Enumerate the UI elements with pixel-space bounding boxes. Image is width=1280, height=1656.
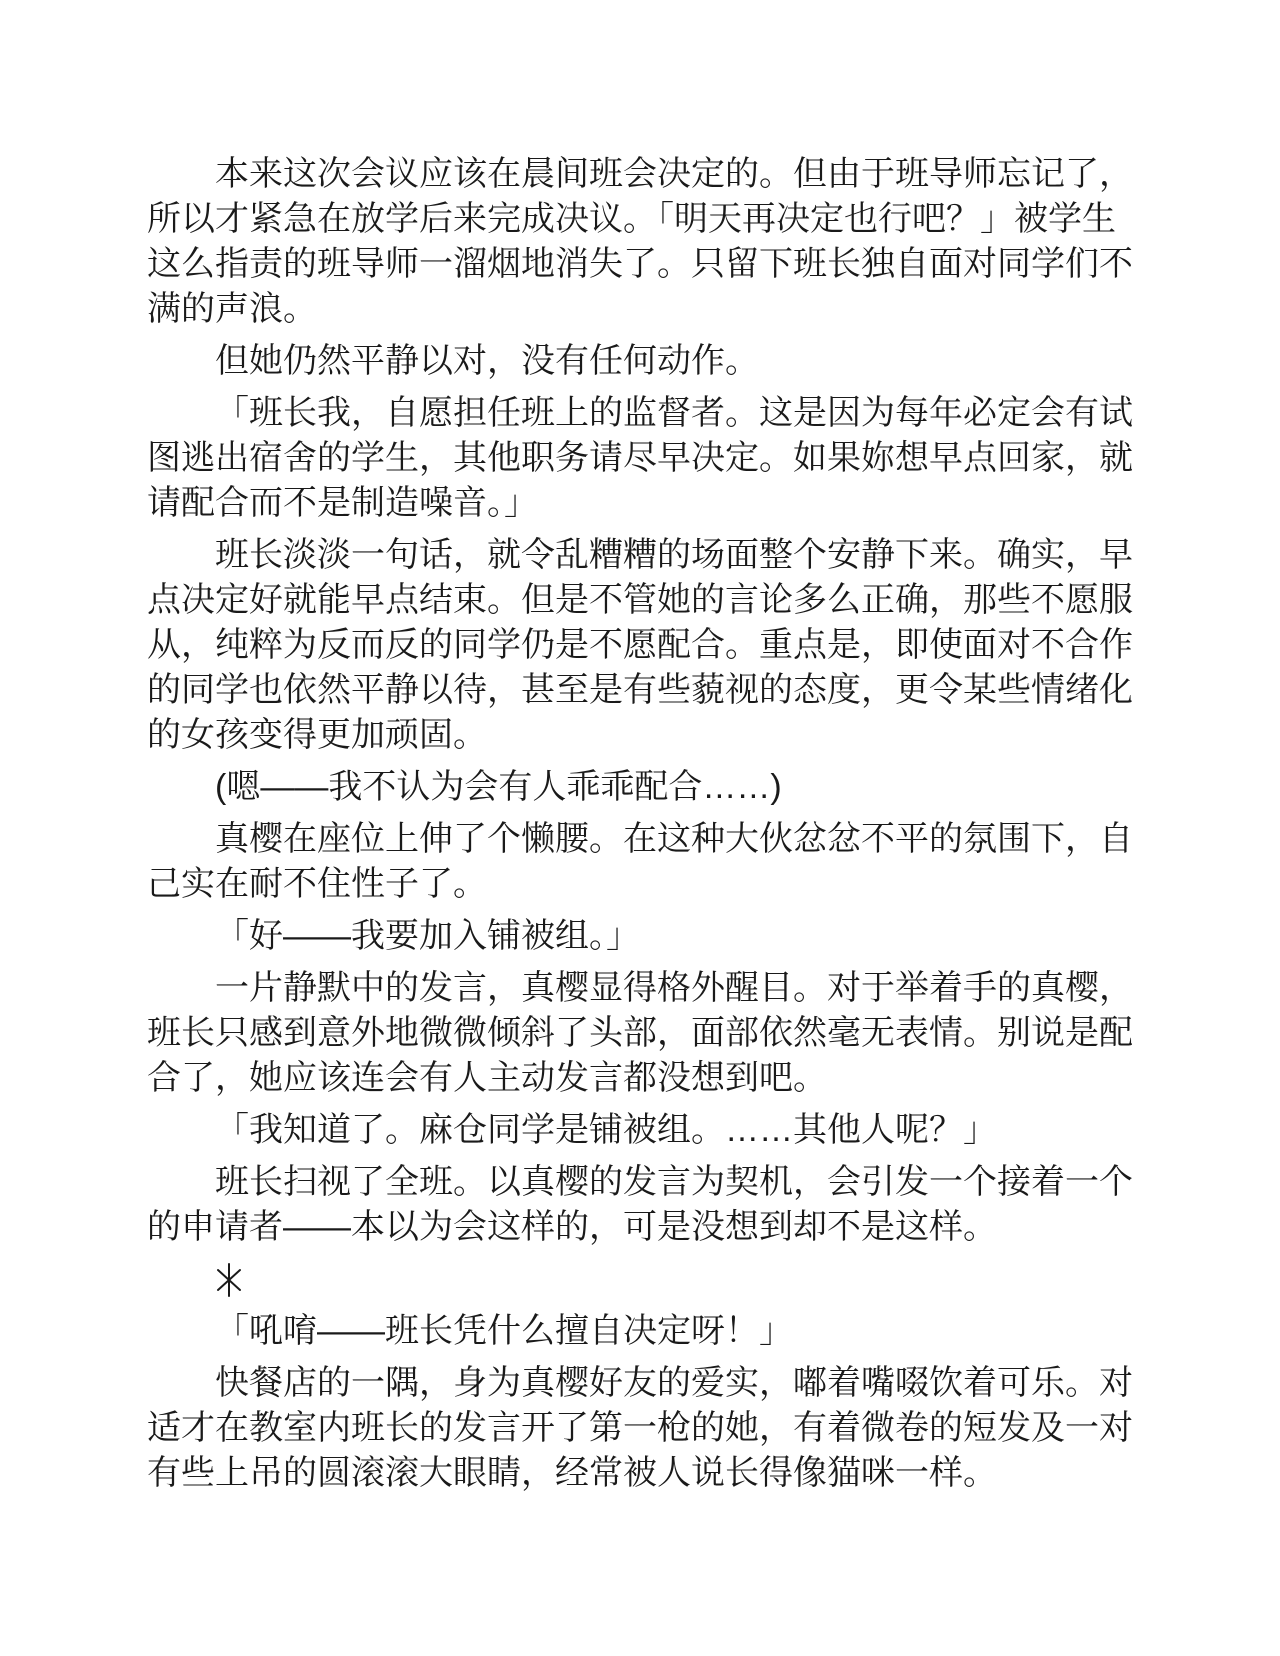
page-background: { "page": { "background_color": "#ffffff… bbox=[0, 0, 1280, 1656]
paragraph: 真樱在座位上伸了个懒腰。在这种大伙忿忿不平的氛围下，自己实在耐不住性子了。 bbox=[147, 817, 1133, 907]
paragraph: 但她仍然平静以对，没有任何动作。 bbox=[147, 339, 1133, 384]
section-break bbox=[147, 1257, 1133, 1302]
paragraph: 一片静默中的发言，真樱显得格外醒目。对于举着手的真樱，班长只感到意外地微微倾斜了… bbox=[147, 966, 1133, 1101]
paragraph: 快餐店的一隅，身为真樱好友的爱实，嘟着嘴啜饮着可乐。对适才在教室内班长的发言开了… bbox=[147, 1361, 1133, 1496]
novel-text-page: 本来这次会议应该在晨间班会决定的。但由于班导师忘记了，所以才紧急在放学后来完成决… bbox=[0, 0, 1280, 1496]
paragraph: 本来这次会议应该在晨间班会决定的。但由于班导师忘记了，所以才紧急在放学后来完成决… bbox=[147, 152, 1133, 332]
paragraph-dialogue: 「好——我要加入铺被组。」 bbox=[147, 914, 1133, 959]
paragraph-dialogue: 「我知道了。麻仓同学是铺被组。……其他人呢？」 bbox=[147, 1108, 1133, 1153]
asterisk-icon bbox=[215, 1262, 243, 1298]
paragraph: 班长扫视了全班。以真樱的发言为契机，会引发一个接着一个的申请者——本以为会这样的… bbox=[147, 1160, 1133, 1250]
paragraph-dialogue: 「吼唷——班长凭什么擅自决定呀！」 bbox=[147, 1309, 1133, 1354]
paragraph-thought: (嗯——我不认为会有人乖乖配合……) bbox=[147, 765, 1133, 810]
paragraph-dialogue: 「班长我，自愿担任班上的监督者。这是因为每年必定会有试图逃出宿舍的学生，其他职务… bbox=[147, 391, 1133, 526]
paragraph: 班长淡淡一句话，就令乱糟糟的场面整个安静下来。确实，早点决定好就能早点结束。但是… bbox=[147, 533, 1133, 758]
